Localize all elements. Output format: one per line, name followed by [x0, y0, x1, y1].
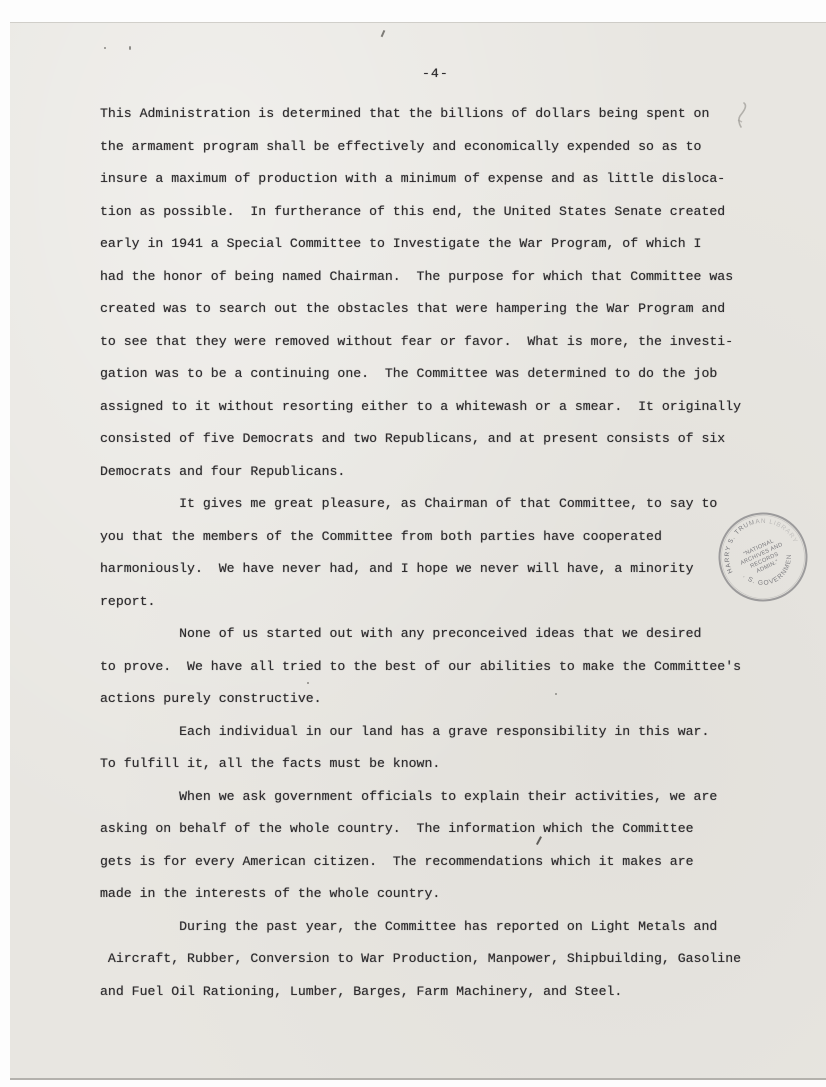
document-line: insure a maximum of production with a mi…: [100, 163, 790, 196]
document-line: actions purely constructive.: [100, 683, 790, 716]
document-line: asking on behalf of the whole country. T…: [100, 813, 790, 846]
document-line: early in 1941 a Special Committee to Inv…: [100, 228, 790, 261]
document-line: harmoniously. We have never had, and I h…: [100, 553, 790, 586]
document-line: gets is for every American citizen. The …: [100, 846, 790, 879]
document-line: It gives me great pleasure, as Chairman …: [100, 488, 790, 521]
document-line: Each individual in our land has a grave …: [100, 716, 790, 749]
ink-speck: [307, 682, 309, 684]
scanned-document: -4- This Administration is determined th…: [0, 0, 826, 1087]
document-line: created was to search out the obstacles …: [100, 293, 790, 326]
pencil-mark: [730, 100, 752, 134]
ink-speck: [104, 47, 106, 49]
document-line: tion as possible. In furtherance of this…: [100, 196, 790, 229]
document-line: the armament program shall be effectivel…: [100, 131, 790, 164]
document-line: consisted of five Democrats and two Repu…: [100, 423, 790, 456]
document-line: made in the interests of the whole count…: [100, 878, 790, 911]
document-line: and Fuel Oil Rationing, Lumber, Barges, …: [100, 976, 790, 1009]
document-line: Aircraft, Rubber, Conversion to War Prod…: [100, 943, 790, 976]
document-line: assigned to it without resorting either …: [100, 391, 790, 424]
document-line: to prove. We have all tried to the best …: [100, 651, 790, 684]
page-number: -4-: [422, 66, 449, 81]
document-line: gation was to be a continuing one. The C…: [100, 358, 790, 391]
document-line: None of us started out with any preconce…: [100, 618, 790, 651]
document-line: you that the members of the Committee fr…: [100, 521, 790, 554]
document-line: To fulfill it, all the facts must be kno…: [100, 748, 790, 781]
document-line: During the past year, the Committee has …: [100, 911, 790, 944]
document-line: had the honor of being named Chairman. T…: [100, 261, 790, 294]
ink-speck: [381, 30, 385, 37]
ink-speck: [129, 46, 131, 50]
ink-speck: [555, 693, 557, 695]
document-line: This Administration is determined that t…: [100, 98, 790, 131]
document-line: Democrats and four Republicans.: [100, 456, 790, 489]
document-line: report.: [100, 586, 790, 619]
document-line: to see that they were removed without fe…: [100, 326, 790, 359]
document-line: When we ask government officials to expl…: [100, 781, 790, 814]
document-body: This Administration is determined that t…: [100, 98, 790, 1008]
paper-page: -4- This Administration is determined th…: [10, 22, 826, 1080]
